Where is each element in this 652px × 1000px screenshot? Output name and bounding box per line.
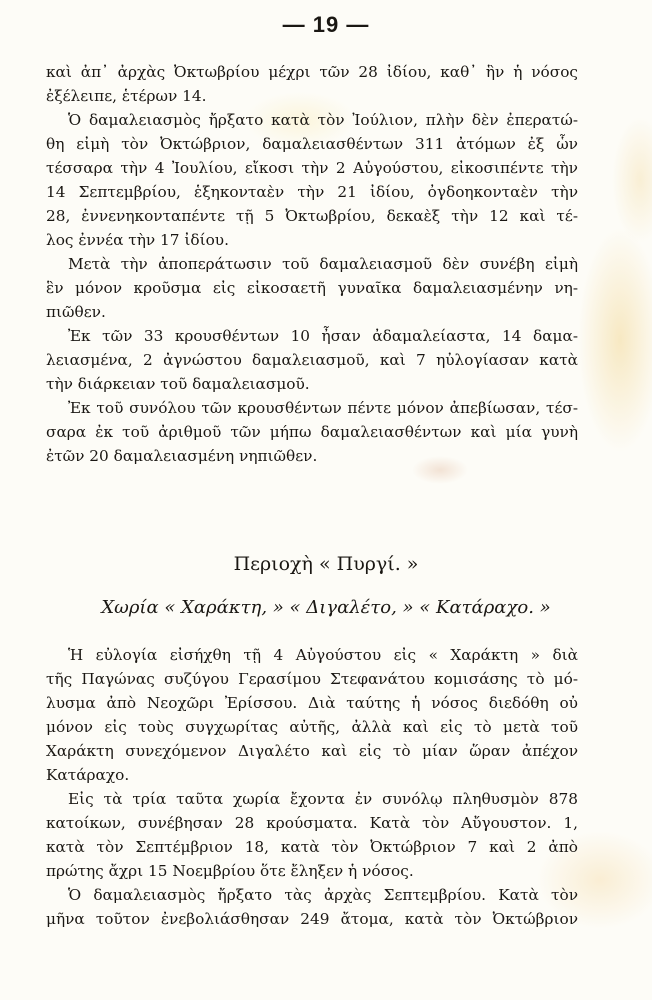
text-line: Κατάραχο. [46,763,578,787]
page-number: — 19 — [0,12,652,38]
text-line: πρώτης ἄχρι 15 Νοεμβρίου ὅτε ἔληξεν ἡ νό… [46,859,578,883]
text-line: τὴν διάρκειαν τοῦ δαμαλειασμοῦ. [46,372,578,396]
paragraph-start-line: Ἐκ τοῦ συνόλου τῶν κρουσθέντων πέντε μόν… [46,396,578,420]
text-line: ἐτῶν 20 δαμαλειασμένη νηπιῶθεν. [46,444,578,468]
section-1-body: καὶ ἀπ᾽ ἀρχὰς Ὀκτωβρίου μέχρι τῶν 28 ἰδί… [46,60,578,468]
text-line: τῆς Παγώνας συζύγου Γερασίμου Στεφανάτου… [46,667,578,691]
scanned-page: — 19 — καὶ ἀπ᾽ ἀρχὰς Ὀκτωβρίου μέχρι τῶν… [0,0,652,1000]
text-line: 28, ἐννενηκονταπέντε τῇ 5 Ὀκτωβρίου, δεκ… [46,204,578,228]
text-line: λυσμα ἀπὸ Νεοχῶρι Ἐρίσσου. Διὰ ταύτης ἡ … [46,691,578,715]
section-subheading: Χωρία « Χαράκτη, » « Διγαλέτο, » « Κατάρ… [0,597,652,618]
section-heading: Περιοχὴ « Πυργί. » [0,553,652,575]
section-2-body: Ἡ εὐλογία εἰσήχθη τῇ 4 Αὐγούστου εἰς « Χ… [46,643,578,931]
text-line: κατὰ τὸν Σεπτέμβριον 18, κατὰ τὸν Ὀκτώβρ… [46,835,578,859]
text-line: 14 Σεπτεμβρίου, ἑξηκονταὲν τὴν 21 ἰδίου,… [46,180,578,204]
paragraph-start-line: Μετὰ τὴν ἀποπεράτωσιν τοῦ δαμαλειασμοῦ δ… [46,252,578,276]
text-line: θη εἰμὴ τὸν Ὀκτώβριον, δαμαλειασθέντων 3… [46,132,578,156]
paragraph-start-line: Ὁ δαμαλειασμὸς ἤρξατο τὰς ἀρχὰς Σεπτεμβρ… [46,883,578,907]
paragraph-start-line: Ἐκ τῶν 33 κρουσθέντων 10 ἦσαν ἀδαμαλείασ… [46,324,578,348]
text-line: πιῶθεν. [46,300,578,324]
text-line: Χαράκτη συνεχόμενον Διγαλέτο καὶ εἰς τὸ … [46,739,578,763]
text-line: λειασμένα, 2 ἀγνώστου δαμαλειασμοῦ, καὶ … [46,348,578,372]
text-line: λος ἐννέα τὴν 17 ἰδίου. [46,228,578,252]
text-line: καὶ ἀπ᾽ ἀρχὰς Ὀκτωβρίου μέχρι τῶν 28 ἰδί… [46,60,578,84]
text-line: μῆνα τοῦτον ἐνεβολιάσθησαν 249 ἄτομα, κα… [46,907,578,931]
paragraph-start-line: Εἰς τὰ τρία ταῦτα χωρία ἔχοντα ἐν συνόλῳ… [46,787,578,811]
text-line: τέσσαρα τὴν 4 Ἰουλίου, εἴκοσι τὴν 2 Αὐγο… [46,156,578,180]
paragraph-start-line: Ὁ δαμαλειασμὸς ἤρξατο κατὰ τὸν Ἰούλιον, … [46,108,578,132]
paragraph-start-line: Ἡ εὐλογία εἰσήχθη τῇ 4 Αὐγούστου εἰς « Χ… [46,643,578,667]
text-line: σαρα ἐκ τοῦ ἀριθμοῦ τῶν μήπω δαμαλειασθέ… [46,420,578,444]
text-line: ἓν μόνον κροῦσμα εἰς εἰκοσαετῆ γυναῖκα δ… [46,276,578,300]
text-line: μόνον εἰς τοὺς συγχωρίτας αὐτῆς, ἀλλὰ κα… [46,715,578,739]
text-line: ἐξέλειπε, ἑτέρων 14. [46,84,578,108]
text-line: κατοίκων, συνέβησαν 28 κρούσματα. Κατὰ τ… [46,811,578,835]
